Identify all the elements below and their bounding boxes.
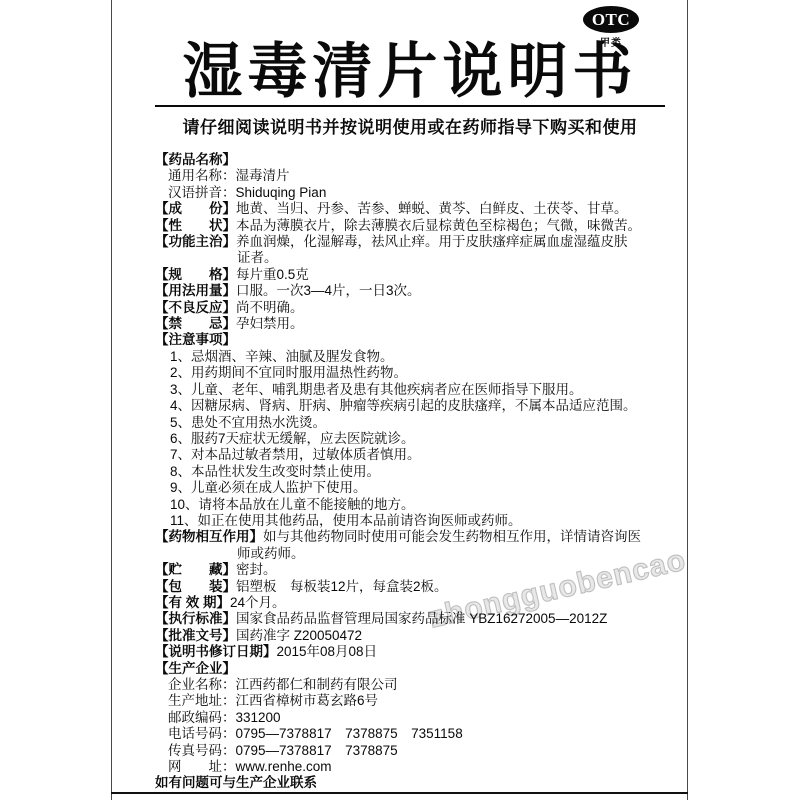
field-storage: 【贮 藏】密封。 [155,562,665,578]
field-drug-interactions: 【药物相互作用】如与其他药物同时使用可能会发生药物相互作用，详情请咨询医 [155,529,665,545]
field-phone: 电话号码：0795—7378817 7378875 7351158 [155,726,665,742]
field-company-name: 企业名称：江西药都仁和制药有限公司 [155,677,665,693]
field-manufacturer: 【生产企业】 [155,661,665,677]
field-address: 生产地址：江西省樟树市葛玄路6号 [155,693,665,709]
precaution-item-2: 2、用药期间不宜同时服用温热性药物。 [155,365,665,381]
contact-note: 如有问题可与生产企业联系 [155,775,665,791]
precaution-item-9: 9、儿童必须在成人监护下使用。 [155,480,665,496]
field-specification: 【规 格】每片重0.5克 [155,267,665,283]
field-drug-name: 【药品名称】 [155,152,665,168]
field-website: 网 址：www.renhe.com [155,759,665,775]
field-fax: 传真号码：0795—7378817 7378875 [155,743,665,759]
field-precautions: 【注意事项】 [155,332,665,348]
field-ingredients: 【成 份】地黄、当归、丹参、苦参、蝉蜕、黄芩、白鲜皮、土茯苓、甘草。 [155,201,665,217]
field-revision-date: 【说明书修订日期】2015年08月08日 [155,644,665,660]
field-indications-cont: 证者。 [155,250,665,266]
field-packaging: 【包 装】铝塑板 每板装12片，每盒装2板。 [155,579,665,595]
precaution-item-11: 11、如正在使用其他药品，使用本品前请咨询医师或药师。 [155,513,665,529]
page-title: 湿毒清片说明书 [155,42,665,102]
field-pinyin: 汉语拼音：Shiduqing Pian [155,185,665,201]
read-instructions-subtitle: 请仔细阅读说明书并按说明使用或在药师指导下购买和使用 [155,113,665,138]
field-adverse-reactions: 【不良反应】尚不明确。 [155,300,665,316]
left-fold-line [111,0,112,800]
precaution-item-10: 10、请将本品放在儿童不能接触的地方。 [155,497,665,513]
precaution-item-3: 3、儿童、老年、哺乳期患者及患有其他疾病者应在医师指导下服用。 [155,382,665,398]
precaution-item-8: 8、本品性状发生改变时禁止使用。 [155,464,665,480]
field-standard: 【执行标准】国家食品药品监督管理局国家药品标准 YBZ16272005—2012… [155,611,665,627]
otc-oval-icon: OTC [583,6,639,33]
right-fold-line [687,0,688,800]
field-description: 【性 状】本品为薄膜衣片，除去薄膜衣后显棕黄色至棕褐色；气微，味微苦。 [155,218,665,234]
precaution-item-6: 6、服药7天症状无缓解，应去医院就诊。 [155,431,665,447]
precaution-item-7: 7、对本品过敏者禁用，过敏体质者慎用。 [155,447,665,463]
precaution-item-4: 4、因糖尿病、肾病、肝病、肿瘤等疾病引起的皮肤瘙痒，不属本品适应范围。 [155,398,665,414]
package-insert-page: zhongguobencao OTC 甲类 湿毒清片说明书 请仔细阅读说明书并按… [0,0,800,800]
field-postcode: 邮政编码：331200 [155,710,665,726]
insert-body: 【药品名称】 通用名称：湿毒清片 汉语拼音：Shiduqing Pian 【成 … [155,152,665,792]
precaution-item-5: 5、患处不宜用热水洗烫。 [155,415,665,431]
field-generic-name: 通用名称：湿毒清片 [155,168,665,184]
field-drug-interactions-cont: 师或药师。 [155,546,665,562]
otc-badge: OTC 甲类 [582,6,640,49]
otc-label: OTC [592,10,630,30]
precaution-item-1: 1、忌烟酒、辛辣、油腻及腥发食物。 [155,349,665,365]
bottom-rule [111,792,688,794]
field-approval-number: 【批准文号】国药准字 Z20050472 [155,628,665,644]
otc-class-label: 甲类 [582,34,640,49]
insert-content: 湿毒清片说明书 请仔细阅读说明书并按说明使用或在药师指导下购买和使用 【药品名称… [155,0,665,792]
field-dosage: 【用法用量】口服。一次3—4片，一日3次。 [155,283,665,299]
field-indications: 【功能主治】养血润燥，化湿解毒，祛风止痒。用于皮肤瘙痒症属血虚湿蕴皮肤 [155,234,665,250]
field-shelf-life: 【有 效 期】24个月。 [155,595,665,611]
field-contraindications: 【禁 忌】孕妇禁用。 [155,316,665,332]
